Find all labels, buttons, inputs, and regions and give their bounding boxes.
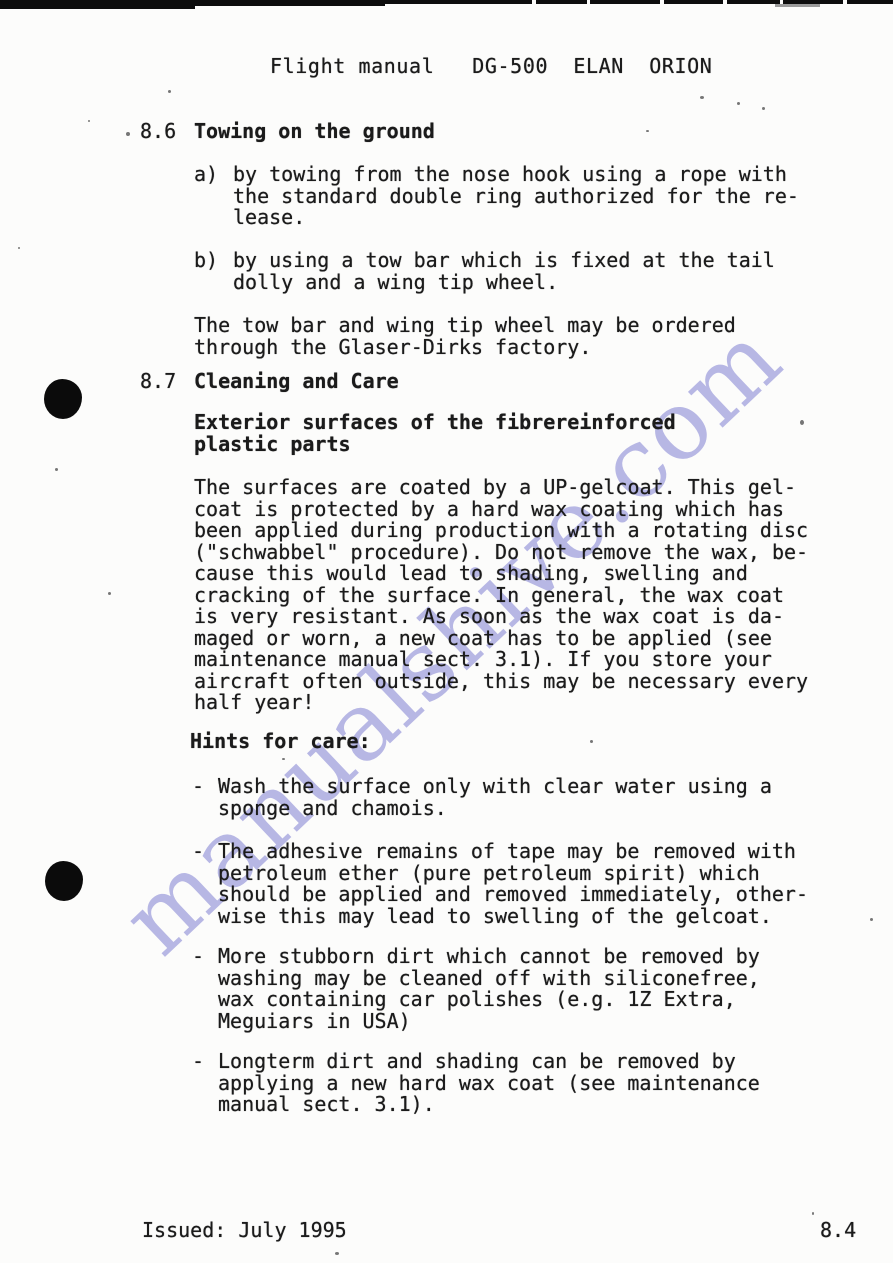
scan-edge-smudge <box>775 4 820 7</box>
hints-heading: Hints for care: <box>190 731 371 753</box>
scan-edge-gap <box>660 0 664 4</box>
scan-speck <box>168 90 171 93</box>
scan-speck <box>108 592 111 595</box>
footer-page-number: 8.4 <box>820 1220 856 1242</box>
punch-hole-bottom <box>45 861 83 901</box>
bullet-dash: - <box>192 946 218 1032</box>
bullet-dash: - <box>192 841 218 927</box>
scan-speck <box>88 120 90 122</box>
scan-edge-gap <box>587 0 590 4</box>
scan-speck <box>700 96 704 99</box>
list-item-a: a) by towing from the nose hook using a … <box>194 164 799 229</box>
scan-speck <box>18 247 20 249</box>
list-item-a-text: by towing from the nose hook using a rop… <box>233 164 799 229</box>
scan-speck <box>737 102 740 105</box>
section-86-paragraph: The tow bar and wing tip wheel may be or… <box>194 315 736 358</box>
bullet-dash: - <box>192 1051 218 1116</box>
section-87-number: 8.7 <box>140 371 194 393</box>
scan-speck <box>335 1252 339 1255</box>
hint-bullet-3: - More stubborn dirt which cannot be rem… <box>192 946 760 1032</box>
scan-edge-gap <box>532 0 536 4</box>
scan-speck <box>282 758 285 760</box>
list-item-b-label: b) <box>194 250 233 293</box>
hint-bullet-3-text: More stubborn dirt which cannot be remov… <box>218 946 760 1032</box>
punch-hole-top <box>44 379 82 419</box>
page-header: Flight manual DG-500 ELAN ORION <box>270 56 712 78</box>
hint-bullet-2: - The adhesive remains of tape may be re… <box>192 841 808 927</box>
scan-edge-segment <box>190 0 385 6</box>
scan-speck <box>812 1212 814 1215</box>
list-item-b: b) by using a tow bar which is fixed at … <box>194 250 775 293</box>
hint-bullet-4: - Longterm dirt and shading can be remov… <box>192 1051 760 1116</box>
hint-bullet-1: - Wash the surface only with clear water… <box>192 776 772 819</box>
section-87-paragraph: The surfaces are coated by a UP-gelcoat.… <box>194 477 808 714</box>
scan-edge-gap <box>723 0 727 4</box>
footer-issued-date: Issued: July 1995 <box>142 1220 347 1242</box>
scan-speck <box>870 918 873 921</box>
section-87-heading: 8.7 Cleaning and Care <box>140 371 399 393</box>
hint-bullet-4-text: Longterm dirt and shading can be removed… <box>218 1051 760 1116</box>
scan-edge-gap <box>843 0 847 4</box>
scan-speck <box>590 740 593 743</box>
list-item-b-text: by using a tow bar which is fixed at the… <box>233 250 775 293</box>
section-87-subheading: Exterior surfaces of the fibrereinforced… <box>194 412 676 455</box>
scan-speck <box>800 420 804 425</box>
hint-bullet-2-text: The adhesive remains of tape may be remo… <box>218 841 808 927</box>
section-86-heading: 8.6 Towing on the ground <box>140 121 435 143</box>
scan-edge-gap <box>780 0 783 4</box>
section-87-title: Cleaning and Care <box>194 371 399 393</box>
list-item-a-label: a) <box>194 164 233 229</box>
scanned-manual-page: manualshive.com Flight manual DG-500 ELA… <box>0 0 893 1263</box>
scan-edge-segment <box>0 0 195 9</box>
scan-speck <box>126 132 130 136</box>
scan-speck <box>762 107 765 110</box>
bullet-dash: - <box>192 776 218 819</box>
scan-speck <box>55 468 58 471</box>
scan-speck <box>646 130 649 132</box>
section-86-number: 8.6 <box>140 121 194 143</box>
section-86-title: Towing on the ground <box>194 121 435 143</box>
hint-bullet-1-text: Wash the surface only with clear water u… <box>218 776 772 819</box>
